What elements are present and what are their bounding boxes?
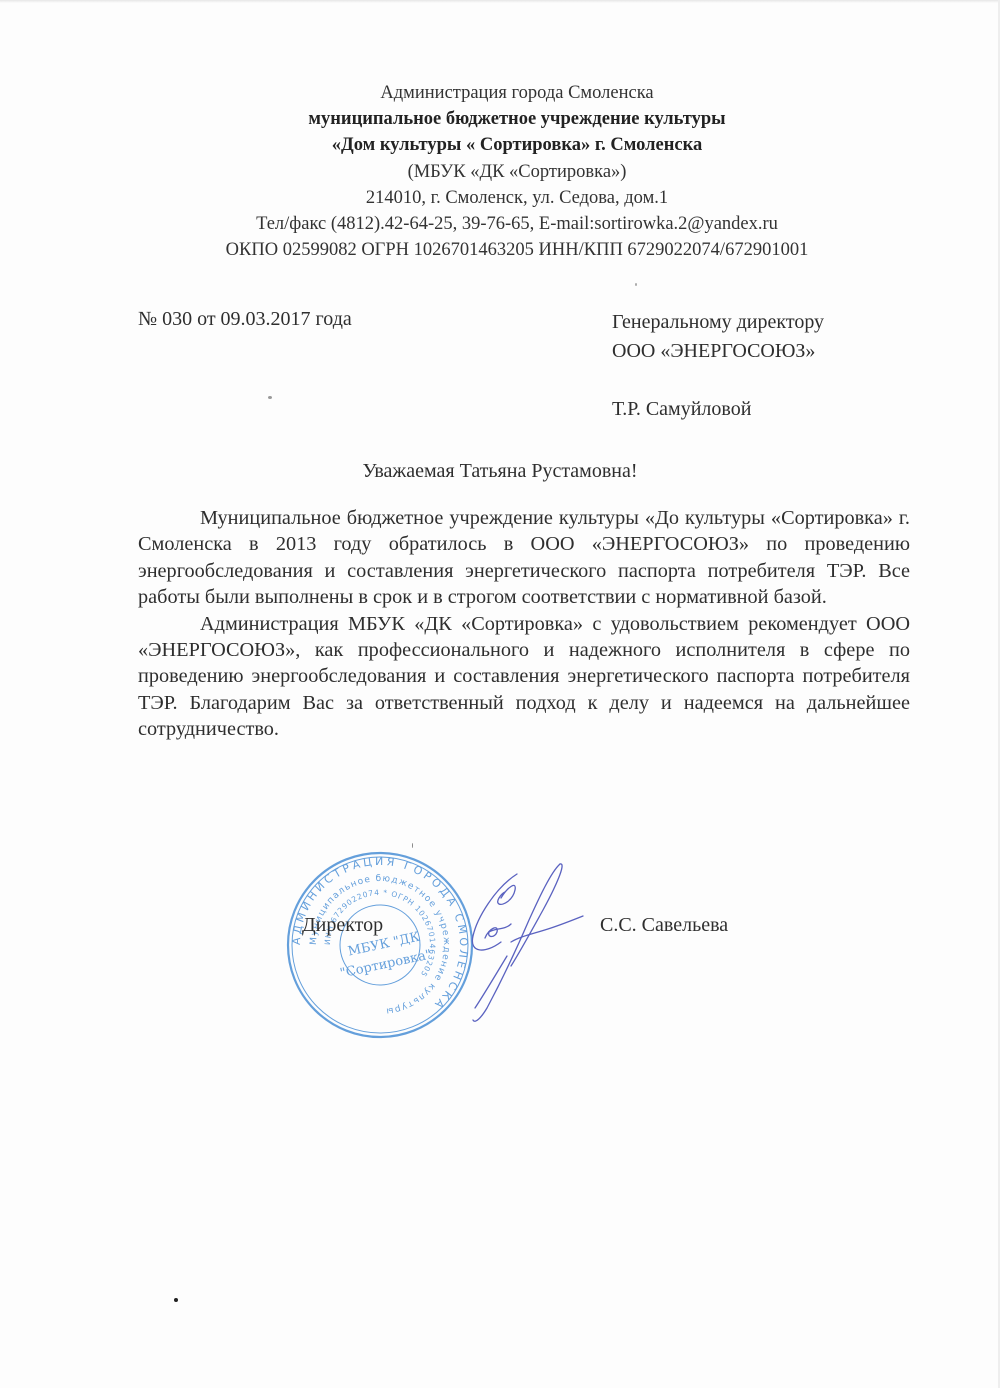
- letter-body: Муниципальное бюджетное учреждение культ…: [138, 505, 910, 743]
- letterhead-abbreviation: (МБУК «ДК «Сортировка»): [150, 159, 884, 185]
- addressee-block: Генеральному директору ООО «ЭНЕРГОСОЮЗ» …: [612, 308, 824, 424]
- letterhead-institution-name: «Дом культуры « Сортировка» г. Смоленска: [150, 132, 884, 158]
- scan-speck: [174, 1298, 178, 1302]
- addressee-organization: ООО «ЭНЕРГОСОЮЗ»: [612, 337, 824, 366]
- letterhead: Администрация города Смоленска муниципал…: [150, 80, 884, 263]
- signatory-name: С.С. Савельева: [600, 914, 728, 937]
- scan-edge: [0, 0, 1000, 3]
- scan-speck: [268, 396, 272, 399]
- body-paragraph: Муниципальное бюджетное учреждение культ…: [138, 505, 910, 611]
- scanned-letter-page: Администрация города Смоленска муниципал…: [0, 0, 1000, 1388]
- letterhead-administration: Администрация города Смоленска: [150, 80, 884, 106]
- body-paragraph: Администрация МБУК «ДК «Сортировка» с уд…: [138, 611, 910, 743]
- letterhead-address: 214010, г. Смоленск, ул. Седова, дом.1: [150, 185, 884, 211]
- scan-speck: [635, 283, 637, 286]
- greeting: Уважаемая Татьяна Рустамовна!: [0, 460, 1000, 483]
- reference-number-date: № 030 от 09.03.2017 года: [138, 308, 352, 331]
- signatory-title: Директор: [302, 914, 383, 937]
- handwritten-signature-icon: [455, 858, 605, 1033]
- addressee-name: Т.Р. Самуйловой: [612, 395, 824, 424]
- scan-speck: [412, 843, 413, 848]
- letterhead-institution-type: муниципальное бюджетное учреждение культ…: [150, 106, 884, 132]
- letterhead-contacts: Тел/факс (4812).42-64-25, 39-76-65, E-ma…: [150, 211, 884, 237]
- addressee-position: Генеральному директору: [612, 308, 824, 337]
- letterhead-requisites: ОКПО 02599082 ОГРН 1026701463205 ИНН/КПП…: [150, 237, 884, 263]
- official-stamp-icon: АДМИНИСТРАЦИЯ ГОРОДА СМОЛЕНСКА Муниципал…: [285, 850, 475, 1040]
